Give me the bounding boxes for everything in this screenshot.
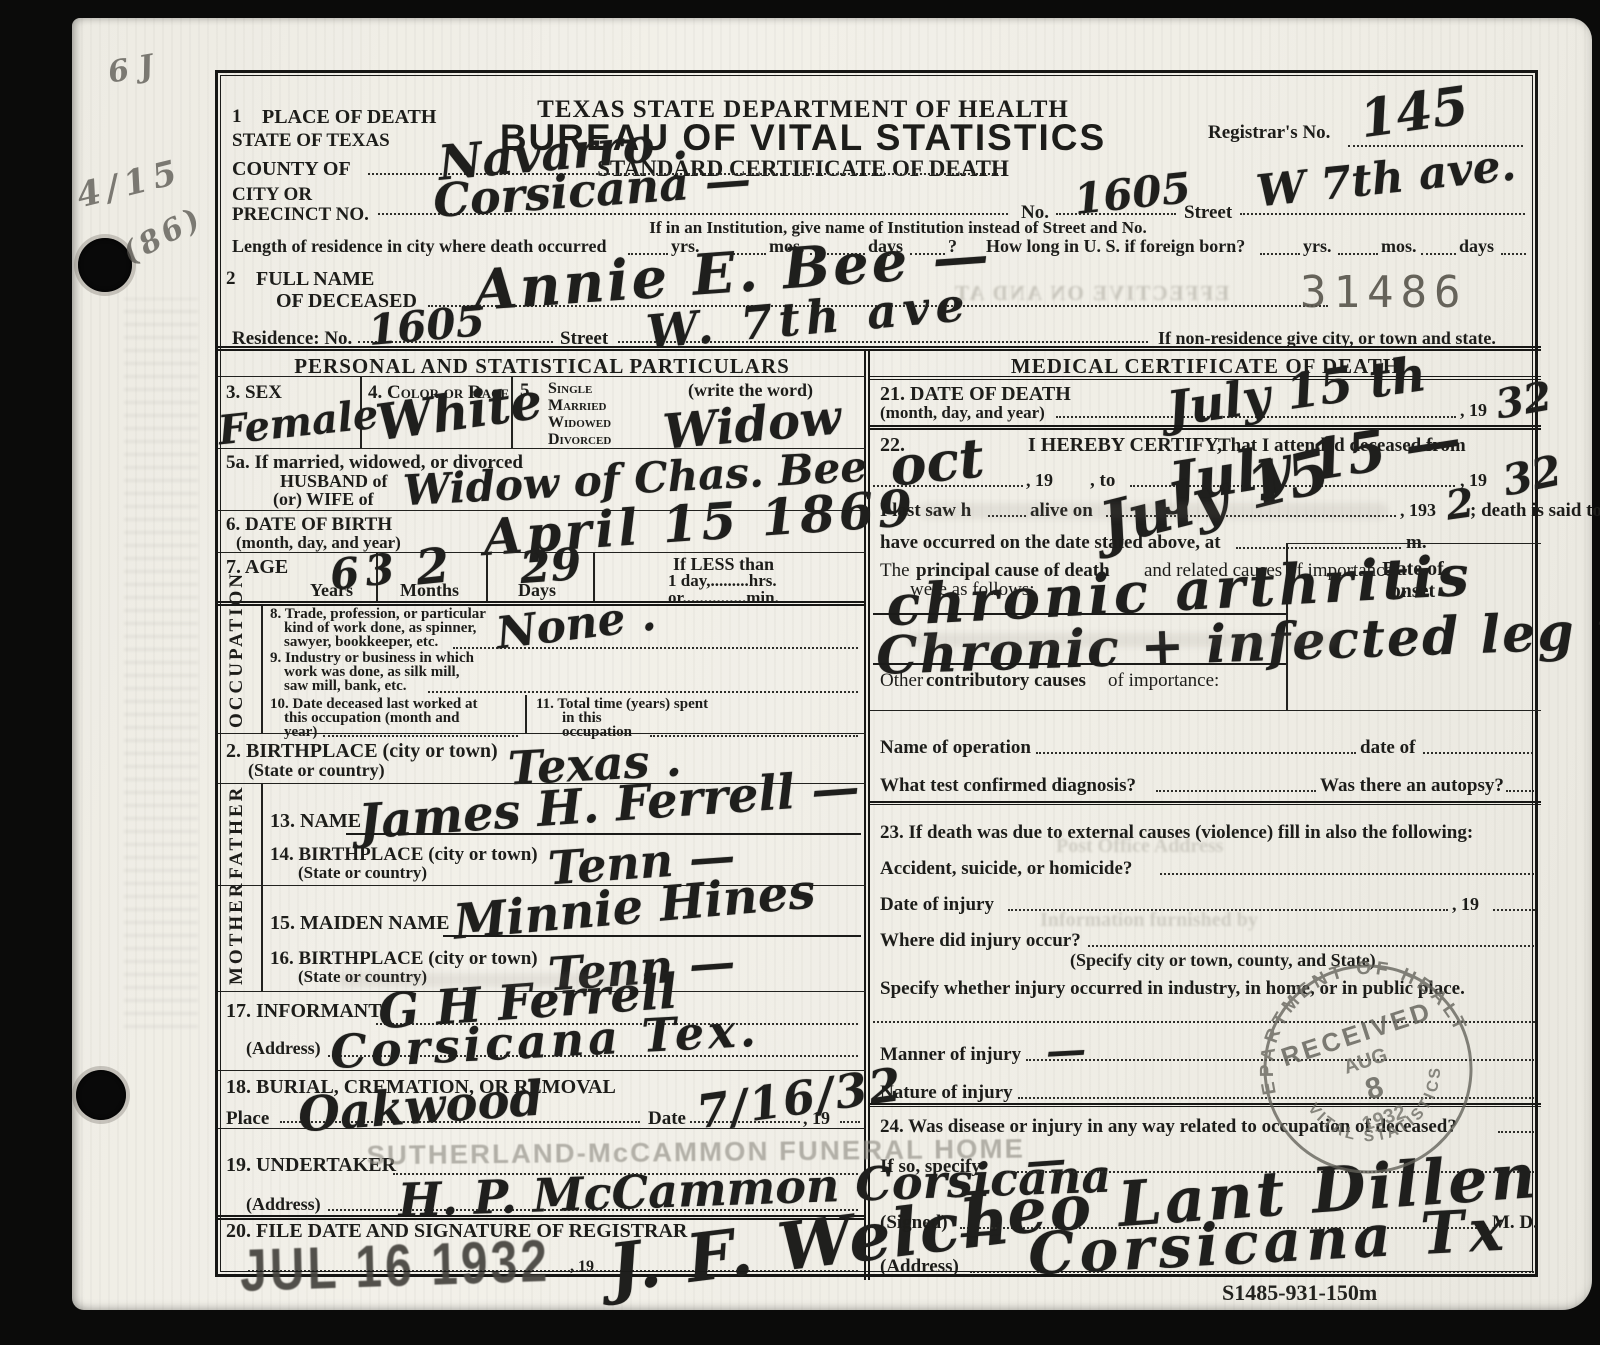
operation-date-label: date of (1360, 738, 1415, 758)
for-mos: mos. (1381, 237, 1417, 256)
physician-addr-label: (Address) (880, 1257, 959, 1277)
punch-hole-bottom (76, 1070, 126, 1120)
date-of-death-year: 32 (1493, 376, 1555, 425)
marital-number: 5. (520, 381, 534, 401)
q9-line (428, 691, 858, 693)
house-no-value: 1605 (1072, 167, 1193, 221)
medical-title: MEDICAL CERTIFICATE OF DEATH (870, 355, 1541, 377)
father-side-label: FATHER (226, 791, 248, 879)
q14-sublabel: (State or country) (298, 864, 427, 882)
q13-label: 13. NAME (270, 811, 361, 832)
svg-text:8: 8 (1361, 1070, 1387, 1107)
q13-line (346, 833, 861, 835)
manner-label: Manner of injury (880, 1045, 1021, 1065)
where-dots (1088, 945, 1534, 947)
age-days-label: Days (518, 581, 556, 600)
rule-r4-heavy (870, 801, 1541, 805)
for-yrs: yrs. (1303, 237, 1332, 256)
q18-place-label: Place (226, 1109, 269, 1129)
accident-label: Accident, suicide, or homicide? (880, 859, 1132, 879)
q15-line (443, 935, 861, 937)
q22-19a: , 19 (1026, 471, 1053, 490)
margin-bleedthrough (124, 298, 198, 1028)
header-bottom-rule (218, 346, 1541, 351)
form-number: S1485-931-150m (1222, 1280, 1377, 1306)
registrar-no-value: 145 (1357, 80, 1472, 147)
marital-opt-widowed: Widowed (548, 415, 611, 432)
autopsy-dots (1506, 790, 1534, 792)
other-1: Other (880, 671, 923, 691)
rule-r3 (870, 710, 1541, 711)
q18-19: , 19 (803, 1109, 830, 1128)
for-dots-4 (1501, 253, 1526, 255)
marital-opt-divorced: Divorced (548, 432, 611, 449)
where-label: Where did injury occur? (880, 931, 1081, 951)
q17-addr-label: (Address) (246, 1039, 321, 1058)
q12-sublabel: (State or country) (248, 761, 385, 780)
q16-label: 16. BIRTHPLACE (city or town) (270, 949, 538, 969)
onset-box-top (1286, 543, 1541, 544)
state-of-texas-label: STATE OF TEXAS (232, 131, 390, 151)
age-years-label: Years (310, 581, 353, 600)
pencil-note-top: 6 J (105, 48, 156, 90)
burial-place-value: Oakwood (297, 1075, 545, 1140)
sex-label: 3. SEX (226, 383, 282, 403)
place-of-death-label: PLACE OF DEATH (262, 107, 436, 128)
occupation-side-label: OCCUPATION (226, 613, 248, 728)
father-side-sep (261, 783, 263, 885)
bleedthrough-smudge-1 (918, 503, 1388, 519)
full-name-label-1: FULL NAME (256, 269, 374, 290)
autopsy-label: Was there an autopsy? (1320, 776, 1504, 796)
occurred-label: have occurred on the date stated above, … (880, 533, 1221, 553)
test-dots (1156, 790, 1316, 792)
sex-value: Female (216, 395, 380, 452)
q21-label: 21. DATE OF DEATH (880, 384, 1071, 405)
file-date-stamp: JUL 16 1932 (239, 1225, 550, 1305)
q12-label: 2. BIRTHPLACE (city or town) (226, 741, 498, 762)
q11-line (650, 735, 858, 737)
registrar-no-label: Registrar's No. (1208, 123, 1330, 143)
rule-l10 (218, 1070, 866, 1071)
certificate-number-stamp: 31486 (1300, 267, 1467, 318)
q8-line3: sawyer, bookkeeper, etc. (284, 635, 438, 651)
operation-dots (1036, 752, 1356, 754)
rule-l11 (218, 1128, 866, 1129)
burial-date-value: 7/16/32 (694, 1061, 906, 1135)
mother-side-sep (261, 885, 263, 991)
other-2: of importance: (1108, 671, 1219, 691)
nature-label: Nature of injury (880, 1083, 1013, 1103)
other-bold: contributory causes (926, 671, 1086, 691)
residence-no-value: 1605 (366, 300, 486, 352)
q9-line3: saw mill, bank, etc. (284, 679, 407, 695)
city-label-1: CITY OR (232, 185, 312, 205)
operation-label: Name of operation (880, 738, 1031, 758)
mother-side-label: MOTHER (226, 893, 248, 985)
test-label: What test confirmed diagnosis? (880, 776, 1136, 796)
street-value: W 7th ave. (1254, 144, 1518, 215)
injury-19: , 19 (1452, 895, 1479, 914)
ifso-label: If so, specify (880, 1157, 981, 1177)
pencil-note-b: (86) (117, 200, 209, 271)
injury-19-dots (1493, 909, 1535, 911)
item1-number: 1 (232, 107, 242, 127)
bleedthrough-smudge-3 (338, 973, 638, 987)
injury-date-label: Date of injury (880, 895, 994, 915)
q10-line (323, 735, 518, 737)
manner-value: — (1045, 1030, 1087, 1072)
scanned-certificate-page: 6 J 4/15 (86) S1485-931-150m 1 PLACE OF … (72, 18, 1592, 1310)
city-label-2: PRECINCT NO. (232, 205, 369, 225)
bleedthrough-text-3: Information furnished by (1040, 909, 1258, 932)
bleedthrough-text-1: EFFECTIVE ON AND AT (953, 281, 1229, 306)
bleedthrough-smudge-2 (908, 633, 1338, 647)
q19-addr-label: (Address) (246, 1195, 321, 1214)
personal-title: PERSONAL AND STATISTICAL PARTICULARS (218, 355, 866, 377)
pencil-note-a: 4/15 (73, 152, 187, 217)
q18-yy-line (840, 1121, 860, 1123)
attended-to-year: 32 (1499, 449, 1565, 502)
for-dots-1 (1260, 253, 1300, 255)
q14-label: 14. BIRTHPLACE (city or town) (270, 845, 538, 865)
rule-l6 (218, 733, 866, 734)
for-dots-3 (1421, 253, 1456, 255)
county-label: COUNTY OF (232, 159, 351, 180)
lastsaw-label3: ; death is said to (1470, 501, 1600, 521)
for-days: days (1459, 237, 1494, 256)
sep-age-3 (593, 552, 595, 601)
bleedthrough-text-2: Post Office Address (1056, 835, 1223, 858)
age-months-label: Months (400, 581, 459, 600)
occ-side-sep (261, 606, 263, 733)
foreign-label: How long in U. S. if foreign born? (986, 237, 1245, 256)
q18-date-label: Date (648, 1109, 686, 1129)
accident-dots (1160, 873, 1534, 875)
item2-number: 2 (226, 269, 236, 289)
lastsaw-193: , 193 (1400, 501, 1436, 520)
q5a-line3: (or) WIFE of (273, 490, 374, 509)
marital-opt-married: Married (548, 398, 607, 415)
q21-sublabel: (month, day, and year) (880, 404, 1045, 422)
q22-line1 (873, 485, 1023, 487)
operation-date-dots (1423, 752, 1533, 754)
for-dots-2 (1338, 253, 1378, 255)
q15-label: 15. MAIDEN NAME (270, 913, 449, 934)
dob-label: 6. DATE OF BIRTH (226, 515, 392, 535)
rule-l1 (218, 376, 866, 377)
q21-19: , 19 (1460, 401, 1487, 420)
cause-line-2 (873, 663, 1286, 665)
certificate-form: 1 PLACE OF DEATH STATE OF TEXAS TEXAS ST… (215, 70, 1538, 1277)
sep-age-2 (486, 552, 488, 601)
signed-label: (Signed) (880, 1213, 948, 1233)
marital-opt-single: Single (548, 381, 592, 398)
sep-10-11 (525, 695, 527, 733)
q17-label: 17. INFORMANT (226, 1001, 382, 1022)
q20-19: , 19 (570, 1259, 594, 1276)
